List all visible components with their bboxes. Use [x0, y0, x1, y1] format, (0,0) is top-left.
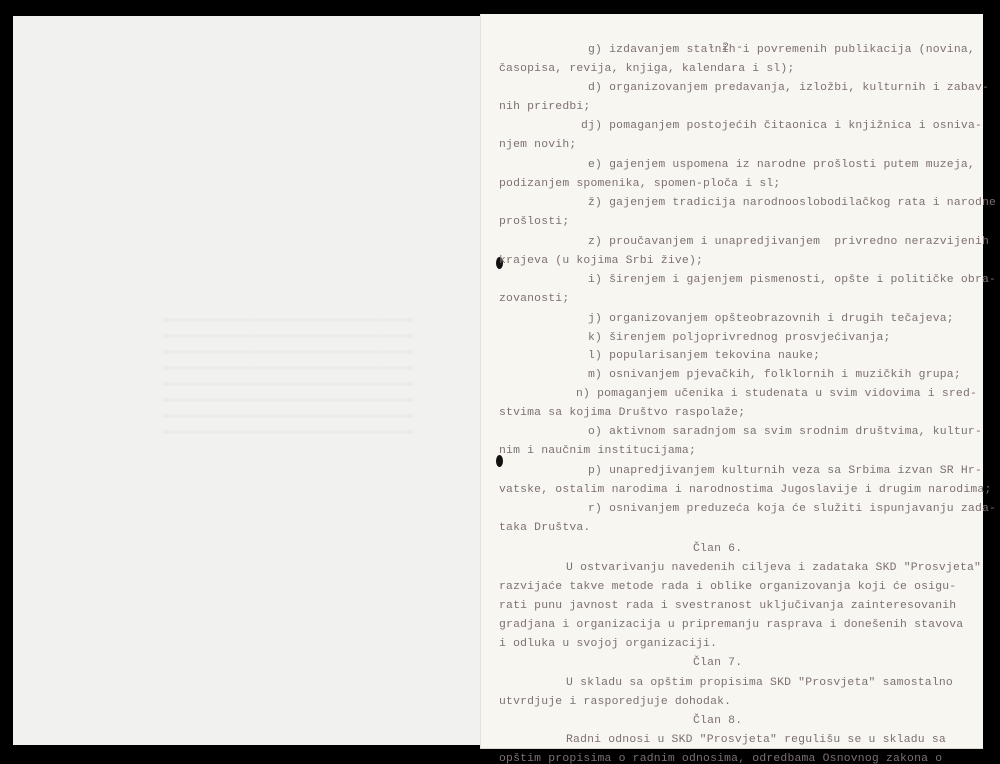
text-line: podizanjem spomenika, spomen-ploča i sl;	[499, 178, 780, 190]
text-line: i odluka u svojoj organizaciji.	[499, 638, 717, 650]
article-heading: Član 8.	[693, 715, 742, 727]
text-line: nih priredbi;	[499, 101, 590, 113]
text-line: zovanosti;	[499, 293, 569, 305]
bleed-through-text	[163, 306, 413, 446]
text-line: njem novih;	[499, 139, 576, 151]
text-line: m) osnivanjem pjevačkih, folklornih i mu…	[588, 369, 961, 381]
text-line: e) gajenjem uspomena iz narodne prošlost…	[588, 159, 975, 171]
text-line: k) širenjem poljoprivrednog prosvjećivan…	[588, 332, 891, 344]
text-line: ž) gajenjem tradicija narodnooslobodilač…	[588, 197, 996, 209]
text-line: rati punu javnost rada i svestranost ukl…	[499, 600, 956, 612]
text-line: o) aktivnom saradnjom sa svim srodnim dr…	[588, 426, 982, 438]
text-line: časopisa, revija, knjiga, kalendara i sl…	[499, 63, 795, 75]
text-line: g) izdavanjem stalnih i povremenih publi…	[588, 44, 975, 56]
text-line: krajeva (u kojima Srbi žive);	[499, 255, 703, 267]
text-line: opštim propisima o radnim odnosima, odre…	[499, 753, 942, 764]
text-line: n) pomaganjem učenika i studenata u svim…	[576, 388, 977, 400]
left-page-blank	[13, 16, 481, 745]
text-line: U skladu sa opštim propisima SKD "Prosvj…	[566, 677, 953, 689]
text-line: gradjana i organizacija u pripremanju ra…	[499, 619, 963, 631]
text-line: dj) pomaganjem postojećih čitaonica i kn…	[581, 120, 982, 132]
text-line: r) osnivanjem preduzeća koja će služiti …	[588, 503, 996, 515]
text-line: razvijaće takve metode rada i oblike org…	[499, 581, 956, 593]
text-line: nim i naučnim institucijama;	[499, 445, 696, 457]
right-page: - 2 - g) izdavanjem stalnih i povremenih…	[480, 14, 983, 748]
text-line: l) popularisanjem tekovina nauke;	[588, 350, 820, 362]
text-line: Radni odnosi u SKD "Prosvjeta" regulišu …	[566, 734, 946, 746]
article-heading: Član 6.	[693, 543, 742, 555]
article-heading: Član 7.	[693, 657, 742, 669]
text-line: utvrdjuje i rasporedjuje dohodak.	[499, 696, 731, 708]
text-line: d) organizovanjem predavanja, izložbi, k…	[588, 82, 989, 94]
text-line: vatske, ostalim narodima i narodnostima …	[499, 484, 992, 496]
typewritten-text: - 2 - g) izdavanjem stalnih i povremenih…	[481, 14, 983, 748]
text-line: stvima sa kojima Društvo raspolaže;	[499, 407, 745, 419]
text-line: z) proučavanjem i unapredjivanjem privre…	[588, 236, 989, 248]
text-line: p) unapredjivanjem kulturnih veza sa Srb…	[588, 465, 982, 477]
text-line: taka Društva.	[499, 522, 590, 534]
text-line: prošlosti;	[499, 216, 569, 228]
text-line: i) širenjem i gajenjem pismenosti, opšte…	[588, 274, 996, 286]
text-line: j) organizovanjem opšteobrazovnih i drug…	[588, 313, 954, 325]
text-line: U ostvarivanju navedenih ciljeva i zadat…	[566, 562, 981, 574]
